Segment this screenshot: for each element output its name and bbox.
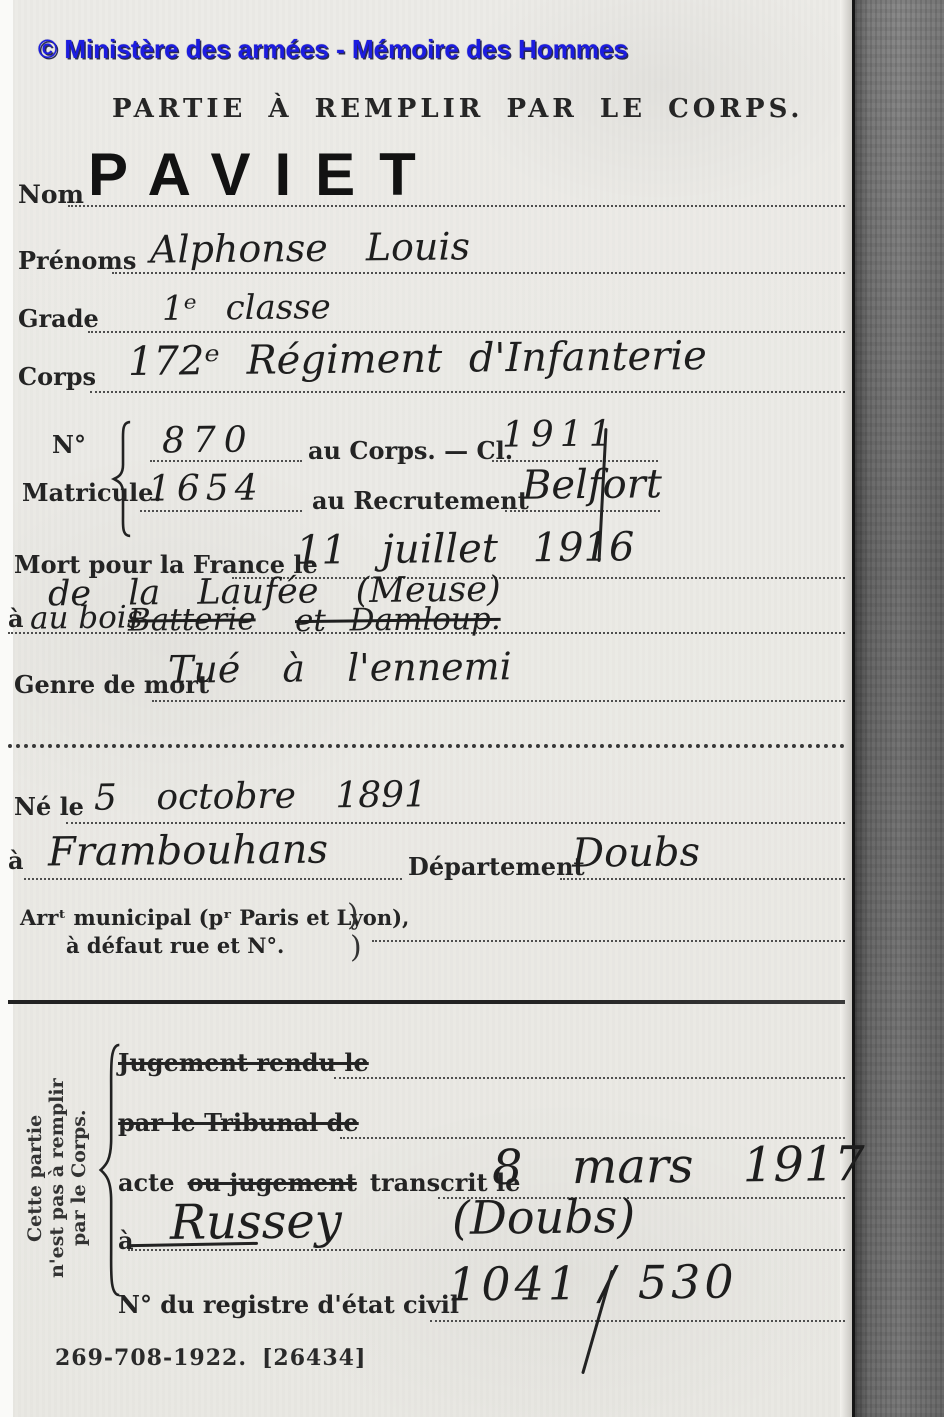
matricule-label: Matricule. [22, 478, 162, 507]
arrondissement-label-line2: à défaut rue et N°. [66, 933, 284, 958]
page-seam [840, 0, 852, 1417]
left-page-edge [0, 0, 13, 1417]
lieu-mort-prefix: au bois [30, 599, 143, 636]
imprint-reference: 269-708-1922. [55, 1345, 247, 1371]
prenoms-value: Alphonse Louis [150, 224, 471, 271]
recrutement-place-value: Belfort [522, 461, 662, 508]
mort-date-value: 11 juillet 1916 [296, 524, 635, 574]
copyright-watermark: © Ministère des armées - Mémoire des Hom… [38, 34, 628, 65]
dotted-line [128, 1249, 845, 1251]
dotted-line [560, 878, 845, 880]
naissance-a-label: à [8, 846, 24, 875]
jugement-label: Jugement rendu le [118, 1048, 369, 1077]
grade-label: Grade [18, 304, 99, 333]
au-corps-label: au Corps. — Cl. [308, 436, 513, 465]
dotted-line [88, 331, 845, 333]
genre-mort-value: Tué à l'ennemi [168, 644, 512, 692]
arrondissement-bracket-bottom: ) [350, 930, 362, 965]
acte-label-prefix: acte [118, 1168, 175, 1197]
corps-label: Corps [18, 362, 96, 391]
matricule-corps-value: 870 [162, 420, 255, 462]
matricule-brace [108, 418, 136, 544]
side-note-line: Cette partie [24, 1052, 46, 1304]
form-title: PARTIE À REMPLIR PAR LE CORPS. [112, 94, 804, 124]
naissance-commune-value: Frambouhans [48, 827, 328, 876]
departement-value: Doubs [572, 829, 701, 876]
dotted-line [372, 940, 845, 942]
imprint-batch-number: [26434] [262, 1345, 366, 1371]
matricule-recrutement-value: 1654 [148, 467, 264, 509]
transcription-date-value: 8 mars 1917 [492, 1136, 865, 1196]
transcription-departement-value: (Doubs) [452, 1189, 636, 1245]
section-separator-solid [8, 1000, 845, 1004]
scanned-death-record: © Ministère des armées - Mémoire des Hom… [0, 0, 944, 1417]
naissance-date-value: 5 octobre 1891 [94, 774, 427, 818]
dotted-line [90, 391, 845, 393]
dotted-line [505, 510, 660, 512]
side-note-line: n'est pas à remplir [46, 1052, 68, 1304]
dotted-line [8, 632, 845, 634]
classe-value: 1911 [502, 413, 618, 455]
dotted-line [152, 700, 845, 702]
matricule-no-label: N° [52, 430, 86, 459]
dotted-line [334, 1077, 845, 1079]
tribunal-label: par le Tribunal de [118, 1108, 359, 1137]
dotted-line [112, 272, 845, 274]
dotted-line [150, 460, 302, 462]
registre-label: N° du registre d'état civil [118, 1290, 459, 1319]
grade-value: 1ᵉ classe [162, 287, 331, 329]
au-recrutement-label: au Recrutement [312, 486, 529, 515]
nom-value-stamp: PAVIET [88, 140, 440, 209]
lieu-mort-a-label: à [8, 604, 24, 633]
ne-le-label: Né le [14, 792, 84, 821]
transcription-place-value: Russey [170, 1193, 342, 1251]
side-note-vertical-text: Cette partie n'est pas à remplir par le … [24, 1052, 92, 1304]
prenoms-label: Prénoms [18, 246, 136, 275]
dotted-line [66, 822, 845, 824]
dotted-line [140, 510, 302, 512]
dotted-line [430, 1320, 845, 1322]
section-separator [8, 744, 845, 748]
arrondissement-bracket-top: ) [347, 898, 359, 933]
book-binding-strip [852, 0, 944, 1417]
departement-label: Département [408, 852, 585, 881]
corps-value: 172ᵉ Régiment d'Infanterie [128, 333, 707, 385]
registre-value: 1041 / 530 [448, 1254, 738, 1311]
side-note-line: par le Corps. [68, 1052, 90, 1304]
dotted-line [24, 878, 402, 880]
